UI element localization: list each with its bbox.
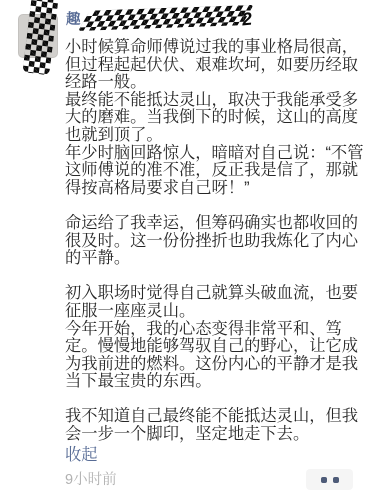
dot-icon <box>333 477 339 483</box>
avatar-redaction-scribble <box>22 0 58 75</box>
collapse-link[interactable]: 收起 <box>65 446 98 464</box>
post-content: 小时候算命师傅说过我的事业格局很高， 但过程起起伏伏、艰难坎坷，如要历经取 经路… <box>65 39 365 444</box>
timestamp: 9小时前 <box>65 471 117 489</box>
username[interactable]: 趣 <box>66 11 81 29</box>
username-redaction-scribble <box>78 5 254 31</box>
username-redaction-tail: 2 <box>241 9 253 30</box>
comment-like-button[interactable] <box>306 469 353 490</box>
dot-icon <box>321 477 327 483</box>
moments-post: 趣 2 小时候算命师傅说过我的事业格局很高， 但过程起起伏伏、艰难坎坷，如要历经… <box>0 0 372 500</box>
